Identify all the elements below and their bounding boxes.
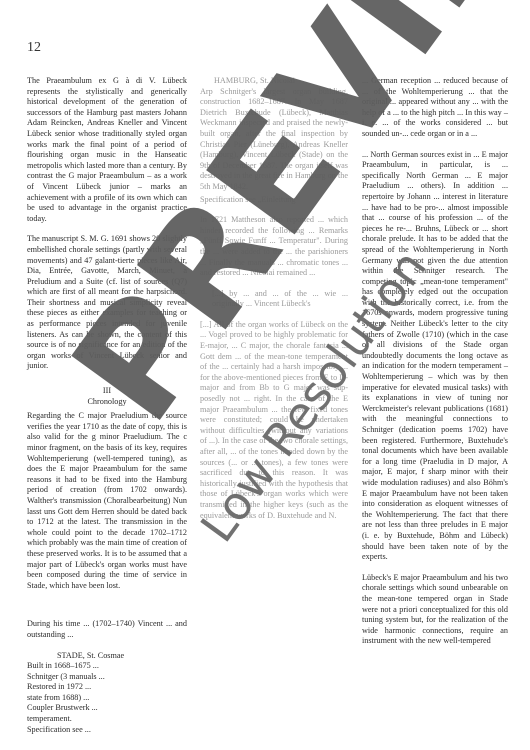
section-title: Chronology bbox=[27, 397, 187, 408]
paragraph-e-major-praeambulum: Lübeck's E major Praeambulum and his two… bbox=[362, 573, 508, 647]
paragraph-german-reception: ... German reception ... reduced because… bbox=[362, 76, 508, 140]
stade-line: state from 1688) ... bbox=[27, 693, 187, 704]
paragraph-chronology: Regarding the C major Praeludium the sou… bbox=[27, 411, 187, 591]
stade-line: Schnitger (3 manuals ... bbox=[27, 672, 187, 683]
paragraph-hamburg-organ: Arp Schnitger's largest organ building, … bbox=[200, 87, 348, 193]
paragraph-mattheson: In 1721 Mattheson also reported ... whic… bbox=[200, 215, 348, 279]
paragraph-manuscript: The manuscript S. M. G. 1691 shows 20 sl… bbox=[27, 234, 187, 372]
middle-column: HAMBURG, St. Nicolai Arp Schnitger's lar… bbox=[200, 76, 348, 531]
page-number: 12 bbox=[27, 40, 41, 56]
stade-heading: STADE, St. Cosmae bbox=[27, 651, 187, 662]
stade-organ-block: STADE, St. Cosmae Built in 1668–1675 ...… bbox=[27, 651, 187, 736]
right-column: ... German reception ... reduced because… bbox=[362, 76, 508, 657]
quote-block: [...] by ... and ... of the ... wie ... … bbox=[200, 289, 348, 310]
left-column: The Praeambulum ex G à di V. Lübeck repr… bbox=[27, 76, 187, 735]
stade-line: Coupler Brustwerk ... bbox=[27, 703, 187, 714]
paragraph-during-his-time: During his time ... (1702–1740) Vincent … bbox=[27, 619, 187, 640]
stade-line: Restored in 1972 ... bbox=[27, 682, 187, 693]
hamburg-heading: HAMBURG, St. Nicolai bbox=[200, 76, 348, 87]
stade-line: temperament. bbox=[27, 714, 187, 725]
stade-line: Built in 1668–1675 ... bbox=[27, 661, 187, 672]
paragraph-north-german-sources: ... North German sources exist in ... E … bbox=[362, 150, 508, 563]
section-heading: III Chronology bbox=[27, 386, 187, 407]
paragraph-organ-works: [...] All of the organ works of Lübeck o… bbox=[200, 320, 348, 521]
stade-line: Specification see ... bbox=[27, 725, 187, 736]
specification-line: Specification see „Einleitung" bbox=[200, 195, 348, 206]
section-number: III bbox=[27, 386, 187, 397]
paragraph-praeambulum: The Praeambulum ex G à di V. Lübeck repr… bbox=[27, 76, 187, 224]
